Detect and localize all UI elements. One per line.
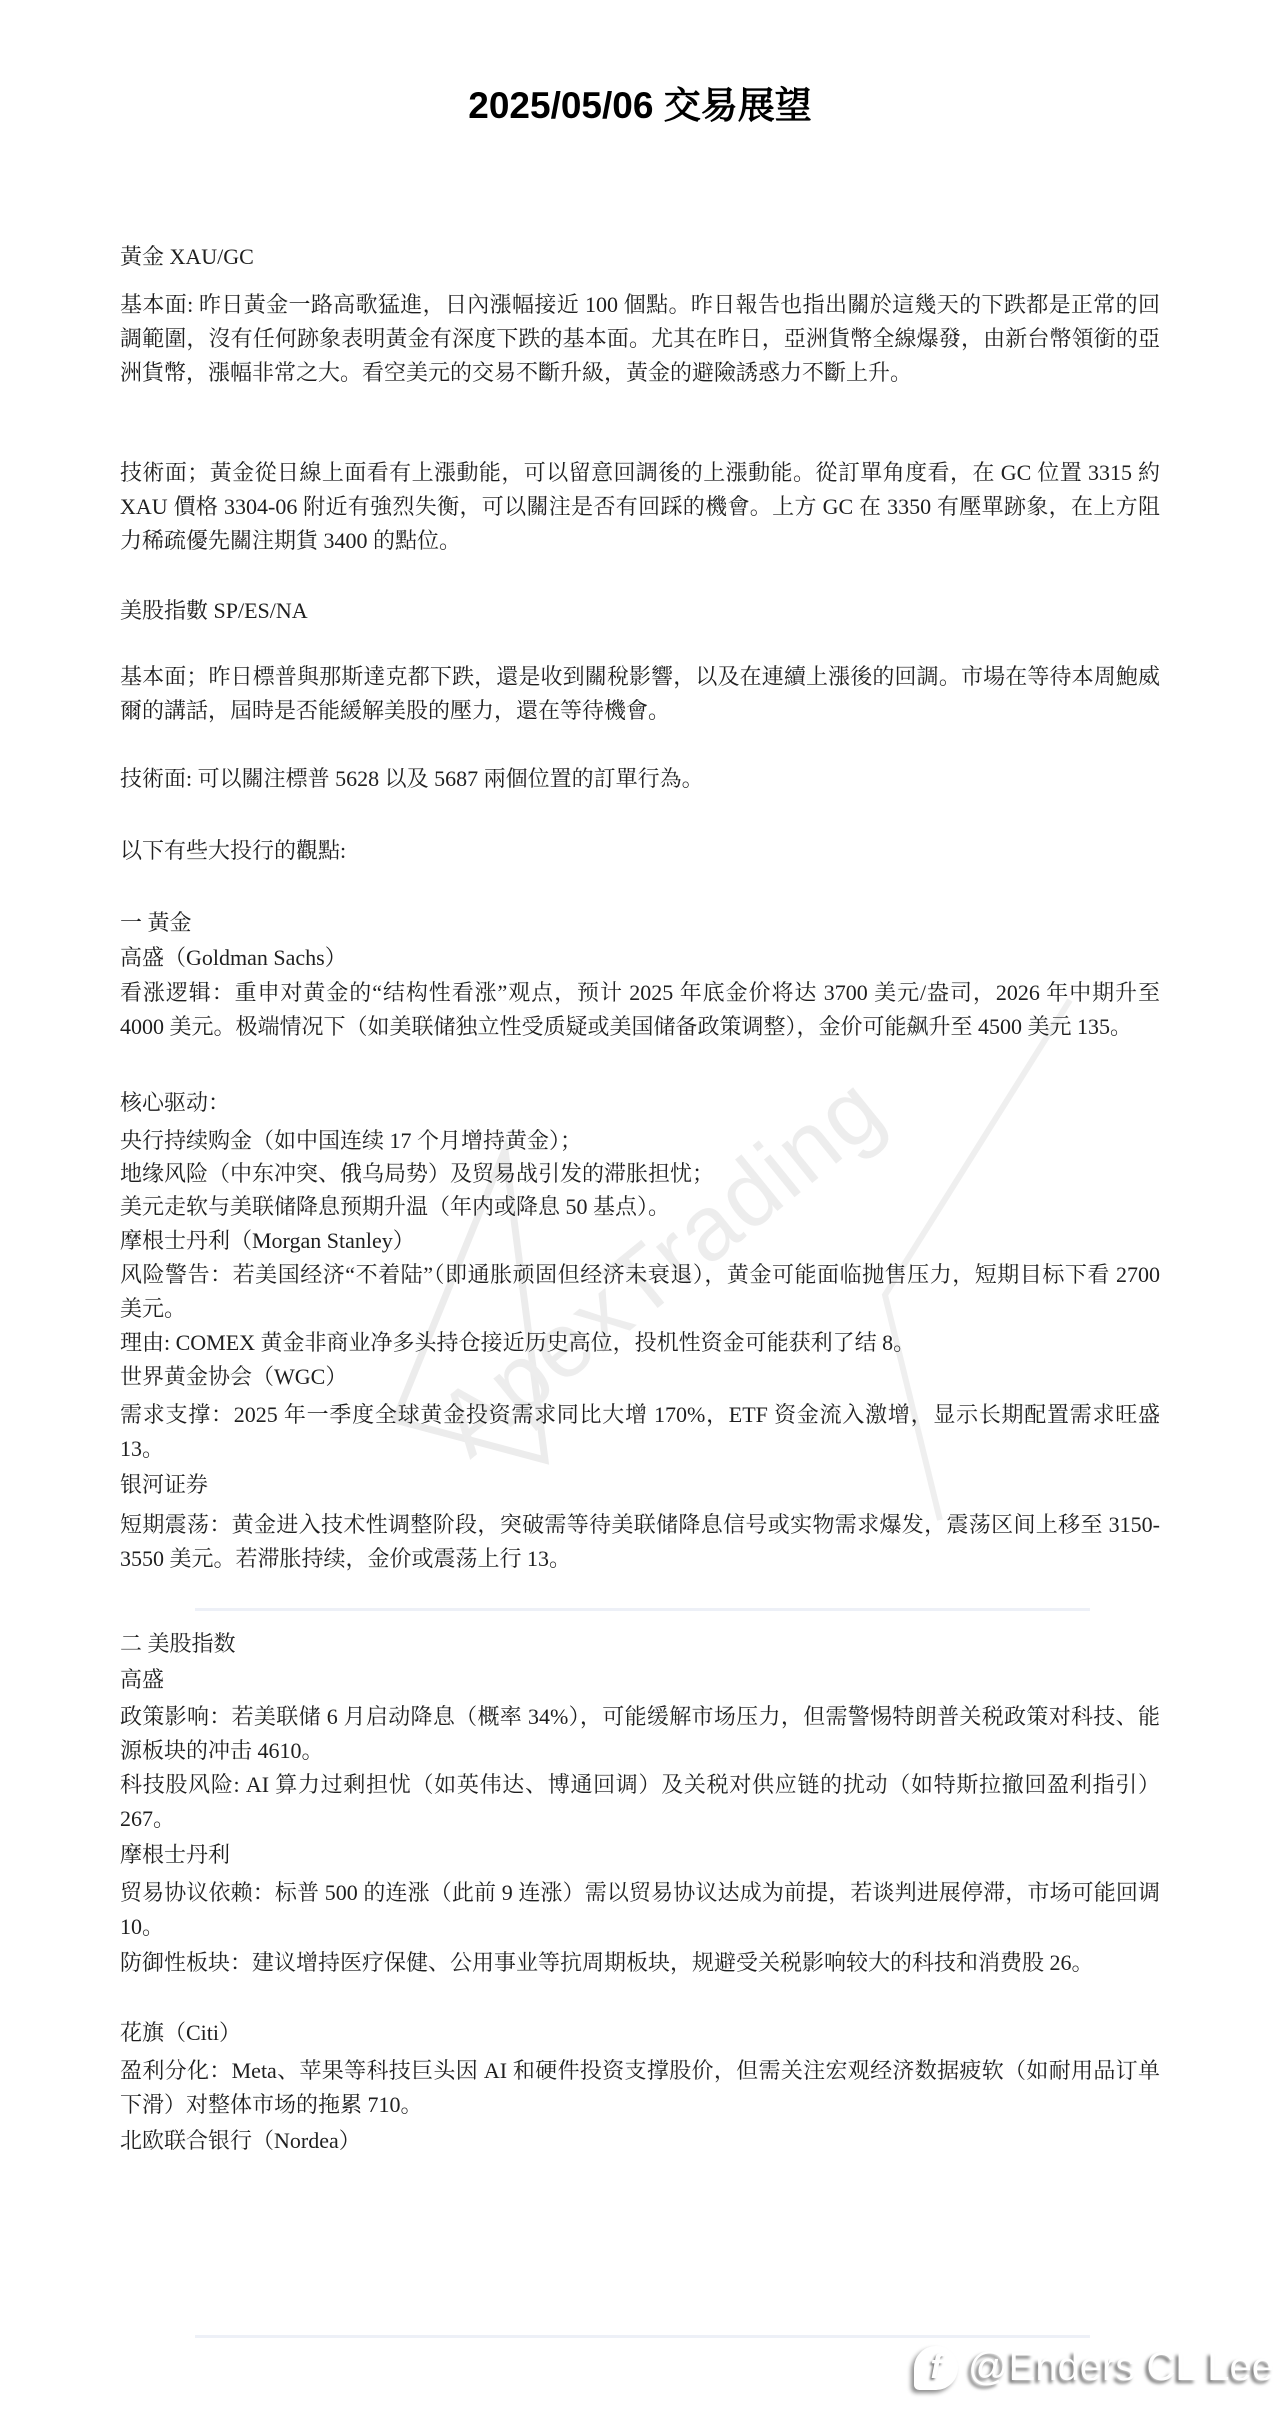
morgan-stanley-us-name: 摩根士丹利 — [120, 1838, 1160, 1872]
us-index-fundamental-paragraph: 基本面；昨日標普與那斯達克都下跌，還是收到關稅影響，以及在連續上漲後的回調。市場… — [120, 660, 1160, 728]
morgan-stanley-name: 摩根士丹利（Morgan Stanley） — [120, 1224, 1160, 1258]
driver-geopolitics: 地缘风险（中东冲突、俄乌局势）及贸易战引发的滞胀担忧； — [120, 1157, 1160, 1191]
nordea-name: 北欧联合银行（Nordea） — [120, 2124, 1160, 2158]
wgc-name: 世界黄金协会（WGC） — [120, 1360, 1160, 1394]
goldman-policy-paragraph: 政策影响：若美联储 6 月启动降息（概率 34%），可能缓解市场压力，但需警惕特… — [120, 1700, 1160, 1768]
banks-intro: 以下有些大投行的觀點: — [120, 834, 1160, 868]
document-page: ApexTrading 2025/05/06 交易展望 黃金 XAU/GC 基本… — [0, 0, 1280, 2435]
goldman-us-name: 高盛 — [120, 1663, 1160, 1697]
galaxy-view-paragraph: 短期震荡：黄金进入技术性调整阶段，突破需等待美联储降息信号或实物需求爆发，震荡区… — [120, 1508, 1160, 1576]
defensive-sectors-paragraph: 防御性板块：建议增持医疗保健、公用事业等抗周期板块，规避受关税影响较大的科技和消… — [120, 1946, 1160, 1980]
section-one-heading: 一 黃金 — [120, 906, 1160, 940]
driver-central-banks: 央行持续购金（如中国连续 17 个月增持黄金）； — [120, 1124, 1160, 1158]
page-title: 2025/05/06 交易展望 — [0, 75, 1280, 129]
morgan-stanley-warning-paragraph: 风险警告：若美国经济“不着陆”（即通胀顽固但经济未衰退），黄金可能面临抛售压力，… — [120, 1258, 1160, 1326]
us-index-heading: 美股指數 SP/ES/NA — [120, 594, 1160, 628]
section-divider — [195, 1608, 1090, 1611]
goldman-name: 高盛（Goldman Sachs） — [120, 941, 1160, 975]
galaxy-securities-name: 银河证券 — [120, 1468, 1160, 1502]
section-two-heading: 二 美股指数 — [120, 1627, 1160, 1661]
citi-name: 花旗（Citi） — [120, 2016, 1160, 2050]
gold-fundamental-paragraph: 基本面: 昨日黃金一路高歌猛進，日內漲幅接近 100 個點。昨日報告也指出關於這… — [120, 288, 1160, 390]
trade-deal-paragraph: 贸易协议依赖：标普 500 的连涨（此前 9 连涨）需以贸易协议达成为前提，若谈… — [120, 1876, 1160, 1944]
core-drivers-label: 核心驱动： — [120, 1086, 1160, 1120]
morgan-stanley-reason: 理由: COMEX 黄金非商业净多头持仓接近历史高位，投机性资金可能获利了结 8… — [120, 1326, 1160, 1360]
author-credit-text: @Enders CL Lee — [968, 2345, 1274, 2390]
goldman-tech-risk-paragraph: 科技股风险: AI 算力过剩担忧（如英伟达、博通回调）及关税对供应链的扰动（如特… — [120, 1768, 1160, 1836]
gold-technical-paragraph: 技術面；黃金從日線上面看有上漲動能，可以留意回調後的上漲動能。從訂單角度看，在 … — [120, 456, 1160, 558]
gold-heading: 黃金 XAU/GC — [120, 240, 1160, 274]
wgc-view-paragraph: 需求支撑：2025 年一季度全球黄金投资需求同比大增 170%，ETF 资金流入… — [120, 1398, 1160, 1466]
goldman-view-paragraph: 看涨逻辑：重申对黄金的“结构性看涨”观点，预计 2025 年底金价将达 3700… — [120, 976, 1160, 1044]
bottom-divider — [195, 2335, 1090, 2338]
facebook-icon: f — [914, 2346, 958, 2390]
author-credit: f @Enders CL Lee — [914, 2345, 1274, 2390]
citi-view-paragraph: 盈利分化：Meta、苹果等科技巨头因 AI 和硬件投资支撑股价，但需关注宏观经济… — [120, 2054, 1160, 2122]
us-index-technical-paragraph: 技術面: 可以關注標普 5628 以及 5687 兩個位置的訂單行為。 — [120, 762, 1160, 796]
driver-dollar-weakness: 美元走软与美联储降息预期升温（年内或降息 50 基点）。 — [120, 1190, 1160, 1224]
